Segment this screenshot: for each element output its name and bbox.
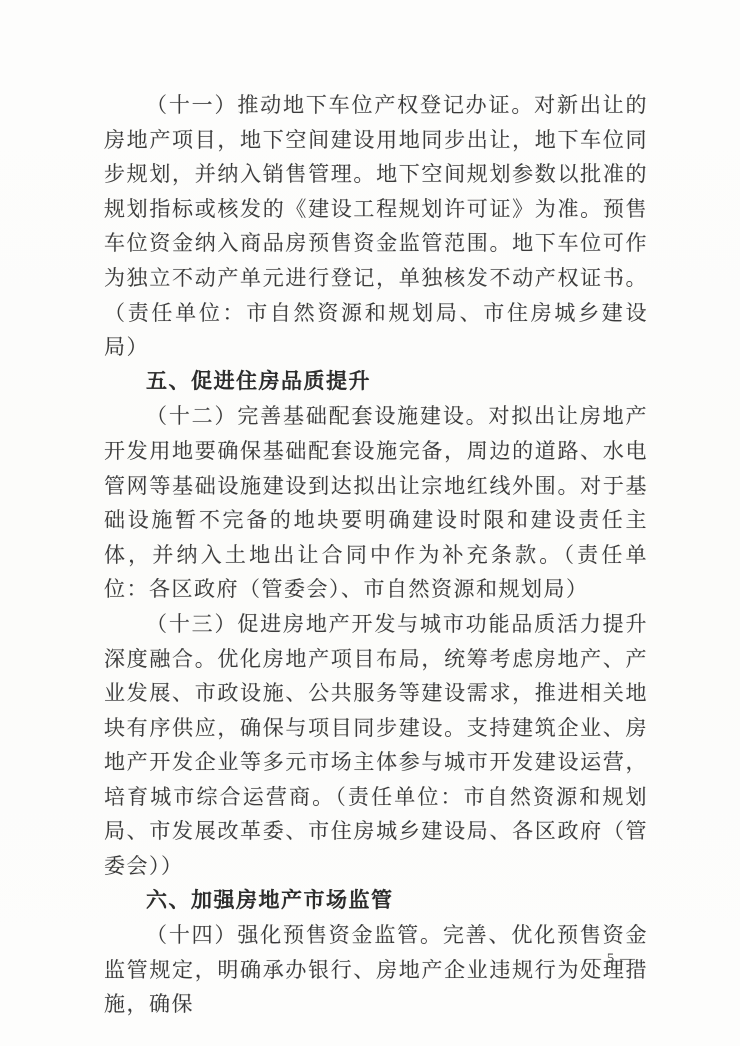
paragraph-item-11: （十一）推动地下车位产权登记办证。对新出让的房地产项目，地下空间建设用地同步出让… <box>104 88 648 365</box>
paragraph-item-13: （十三）促进房地产开发与城市功能品质活力提升深度融合。优化房地产项目布局，统筹考… <box>104 607 648 884</box>
document-page: （十一）推动地下车位产权登记办证。对新出让的房地产项目，地下空间建设用地同步出让… <box>0 0 740 1046</box>
page-number: — 5 — <box>586 951 636 968</box>
document-content: （十一）推动地下车位产权登记办证。对新出让的房地产项目，地下空间建设用地同步出让… <box>104 88 648 1022</box>
paragraph-item-12: （十二）完善基础配套设施建设。对拟出让房地产开发用地要确保基础配套设施完备，周边… <box>104 399 648 607</box>
section-heading-6: 六、加强房地产市场监管 <box>104 884 648 919</box>
section-heading-5: 五、促进住房品质提升 <box>104 365 648 400</box>
paragraph-item-14: （十四）强化预售资金监管。完善、优化预售资金监管规定，明确承办银行、房地产企业违… <box>104 918 648 1022</box>
